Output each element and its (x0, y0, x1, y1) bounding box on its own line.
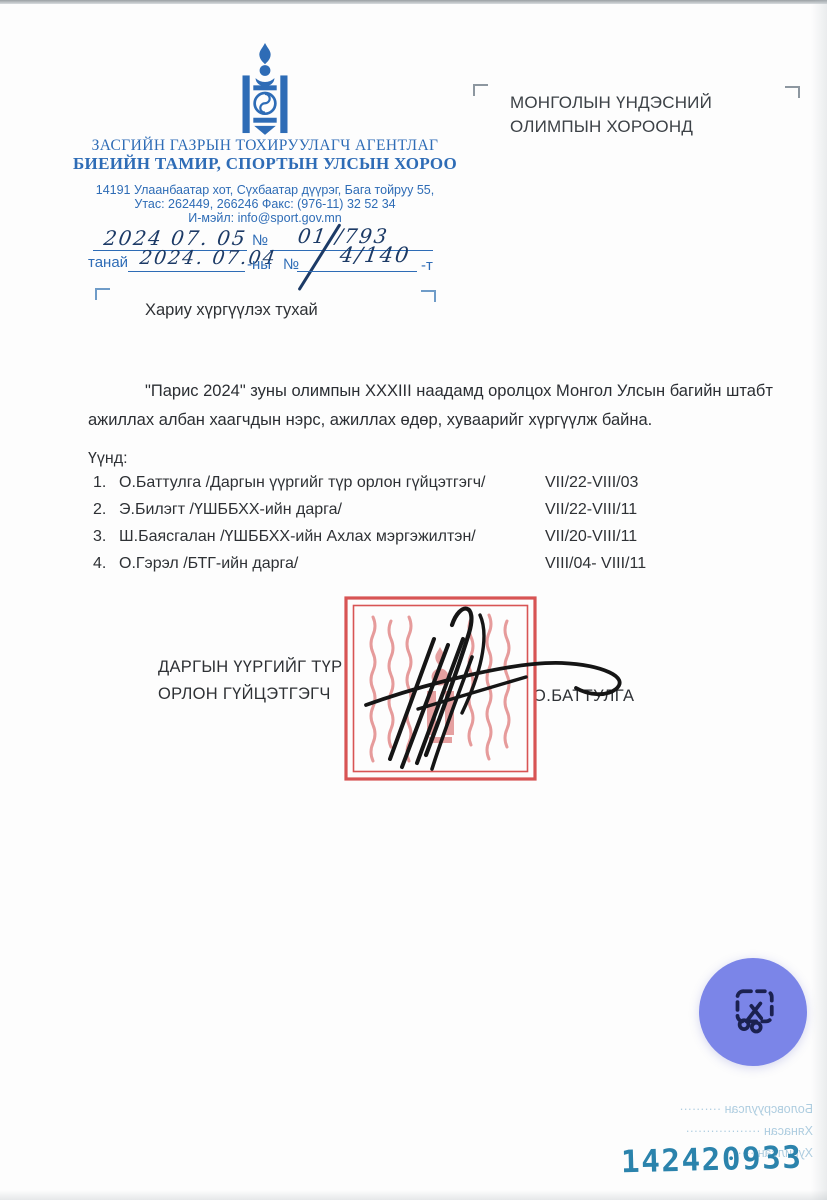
reply-tail: -т (421, 257, 433, 274)
reply-date-suffix: -ны (247, 256, 271, 273)
bleedthrough-line: Боловсруулсан ·········· (603, 1098, 813, 1120)
blank-line (128, 271, 245, 272)
list-item-dates: VII/20-VIII/11 (545, 528, 637, 546)
list-item: 2.Э.Билэгт /ҮШББХХ-ийн дарга/ VII/22-VII… (93, 501, 813, 525)
bleedthrough-line: Хянасан ·················· (603, 1120, 813, 1142)
corner-mark (785, 86, 800, 98)
reply-prefix: танай (88, 254, 128, 271)
signer-title-line1: ДАРГЫН ҮҮРГИЙГ ТҮР (158, 658, 342, 677)
list-item-number: 2. (93, 501, 119, 519)
recipient-line2: ОЛИМПЫН ХОРООНД (510, 115, 712, 139)
recipient-block: МОНГОЛЫН ҮНДЭСНИЙ ОЛИМПЫН ХОРООНД (510, 91, 712, 139)
corner-mark (95, 288, 110, 300)
scan-edge-artifact-right (811, 0, 827, 1200)
soyombo-emblem (238, 42, 292, 135)
list-item-name: О.Гэрэл /БТГ-ийн дарга/ (119, 555, 298, 572)
list-item-number: 1. (93, 474, 119, 492)
corner-mark (421, 290, 436, 302)
list-item: 3.Ш.Баясгалан /ҮШББХХ-ийн Ахлах мэргэжил… (93, 528, 813, 552)
registration-stamp-number: 142420933 (621, 1140, 803, 1181)
list-item-number: 4. (93, 555, 119, 573)
screenshot-crop-icon (722, 979, 784, 1046)
list-intro: Үүнд: (88, 450, 128, 468)
list-item-name: О.Баттулга /Даргын үүргийг түр орлон гүй… (119, 474, 485, 491)
agency-address: 14191 Улаанбаатар хот, Сүхбаатар дүүрэг,… (40, 183, 490, 197)
agency-phone-fax: Утас: 262449, 266246 Факс: (976-11) 32 5… (40, 197, 490, 211)
list-item-name: Ш.Баясгалан /ҮШББХХ-ийн Ахлах мэргэжилтэ… (119, 528, 476, 545)
scan-edge-artifact-bottom (0, 1190, 827, 1200)
handwritten-signature (330, 585, 690, 800)
list-item: 4.О.Гэрэл /БТГ-ийн дарга/ VIII/04- VIII/… (93, 555, 813, 579)
agency-name-line1: ЗАСГИЙН ГАЗРЫН ТОХИРУУЛАГЧ АГЕНТЛАГ (40, 137, 490, 155)
scanned-letter-page: ЗАСГИЙН ГАЗРЫН ТОХИРУУЛАГЧ АГЕНТЛАГ БИЕИ… (0, 0, 827, 1200)
blank-line (297, 271, 417, 272)
list-item-dates: VII/22-VIII/11 (545, 501, 637, 519)
list-item-dates: VII/22-VIII/03 (545, 474, 638, 492)
scan-edge-artifact-top (0, 0, 827, 4)
body-paragraph: "Парис 2024" зуны олимпын XXXIII наадамд… (88, 377, 806, 435)
list-item-dates: VIII/04- VIII/11 (545, 555, 646, 573)
subject-line: Хариу хүргүүлэх тухай (145, 301, 318, 320)
list-item-name: Э.Билэгт /ҮШББХХ-ийн дарга/ (119, 501, 342, 518)
recipient-line1: МОНГОЛЫН ҮНДЭСНИЙ (510, 91, 712, 115)
screenshot-crop-button[interactable] (699, 958, 807, 1066)
list-item: 1.О.Баттулга /Даргын үүргийг түр орлон г… (93, 474, 813, 498)
signer-title-line2: ОРЛОН ГҮЙЦЭТГЭГЧ (158, 685, 331, 704)
corner-mark (473, 84, 488, 96)
agency-email: И-мэйл: info@sport.gov.mn (40, 211, 490, 225)
reply-number-handwritten: 4/140 (338, 243, 412, 267)
agency-name-line2: БИЕИЙН ТАМИР, СПОРТЫН УЛСЫН ХОРОО (40, 154, 490, 174)
list-item-number: 3. (93, 528, 119, 546)
